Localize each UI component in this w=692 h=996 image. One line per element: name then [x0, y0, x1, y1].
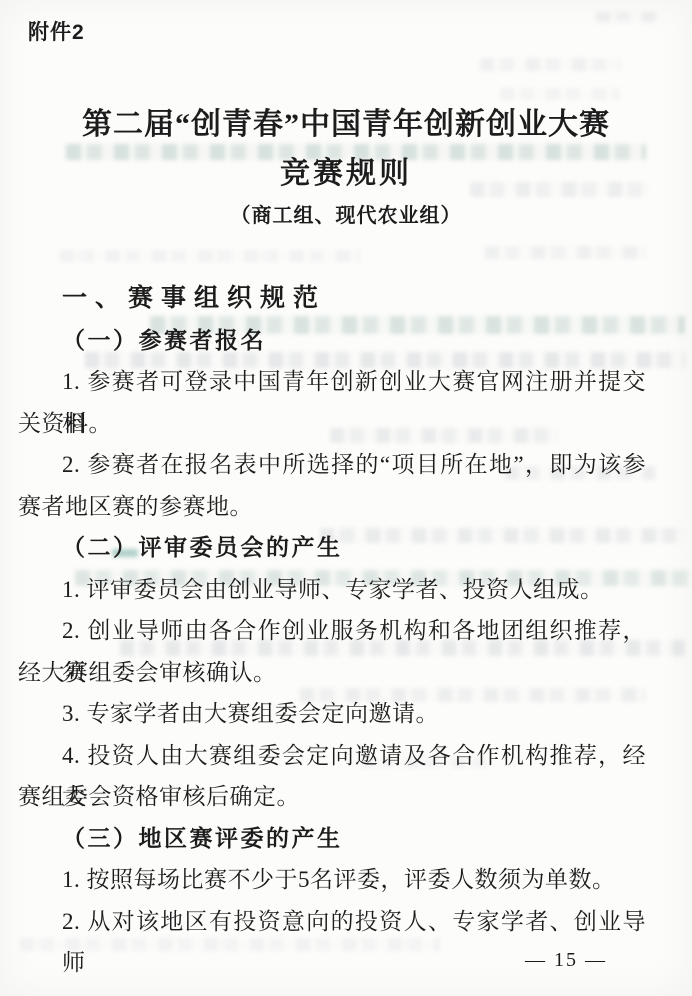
section-heading: 一、赛事组织规范: [18, 278, 646, 320]
bleedthrough-smudge: [60, 250, 360, 262]
subsection-heading: （一）参赛者报名: [18, 320, 646, 362]
document-title-line1: 第二届“创青春”中国青年创新创业大赛: [0, 100, 692, 149]
body-text-line: 3. 专家学者由大赛组委会定向邀请。: [18, 693, 646, 735]
bleedthrough-smudge: [485, 246, 645, 259]
body-text-line: 2. 参赛者在报名表中所选择的“项目所在地”，即为该参: [18, 444, 646, 486]
bleedthrough-smudge: [480, 58, 620, 71]
body-text-line: 1. 评审委员会由创业导师、专家学者、投资人组成。: [18, 569, 646, 611]
body-text-line: 1. 参赛者可登录中国青年创新创业大赛官网注册并提交相: [18, 361, 646, 403]
document-subtitle: （商工组、现代农业组）: [0, 201, 692, 231]
body-text-line: 2. 创业导师由各合作创业服务机构和各地团组织推荐，须: [18, 610, 646, 652]
subsection-heading: （三）地区赛评委的产生: [18, 818, 646, 860]
body-text-line: 4. 投资人由大赛组委会定向邀请及各合作机构推荐，经大: [18, 735, 646, 777]
scanned-document-page: 附件2 第二届“创青春”中国青年创新创业大赛 竞赛规则 （商工组、现代农业组） …: [0, 0, 692, 996]
attachment-label: 附件2: [28, 20, 85, 46]
document-body: 一、赛事组织规范（一）参赛者报名1. 参赛者可登录中国青年创新创业大赛官网注册并…: [18, 278, 646, 942]
document-title: 第二届“创青春”中国青年创新创业大赛 竞赛规则: [0, 100, 692, 198]
bleedthrough-smudge: [500, 88, 620, 100]
body-text-line: 1. 按照每场比赛不少于5名评委，评委人数须为单数。: [18, 859, 646, 901]
body-text-line: 关资料。: [18, 403, 646, 445]
subsection-heading: （二）评审委员会的产生: [18, 527, 646, 569]
document-title-line2: 竞赛规则: [0, 149, 692, 198]
body-text-line: 赛组委会资格审核后确定。: [18, 776, 646, 818]
page-number: — 15 —: [525, 948, 607, 972]
bleedthrough-smudge: [596, 12, 656, 22]
body-text-line: 经大赛组委会审核确认。: [18, 652, 646, 694]
body-text-line: 2. 从对该地区有投资意向的投资人、专家学者、创业导师: [18, 901, 646, 943]
body-text-line: 赛者地区赛的参赛地。: [18, 486, 646, 528]
